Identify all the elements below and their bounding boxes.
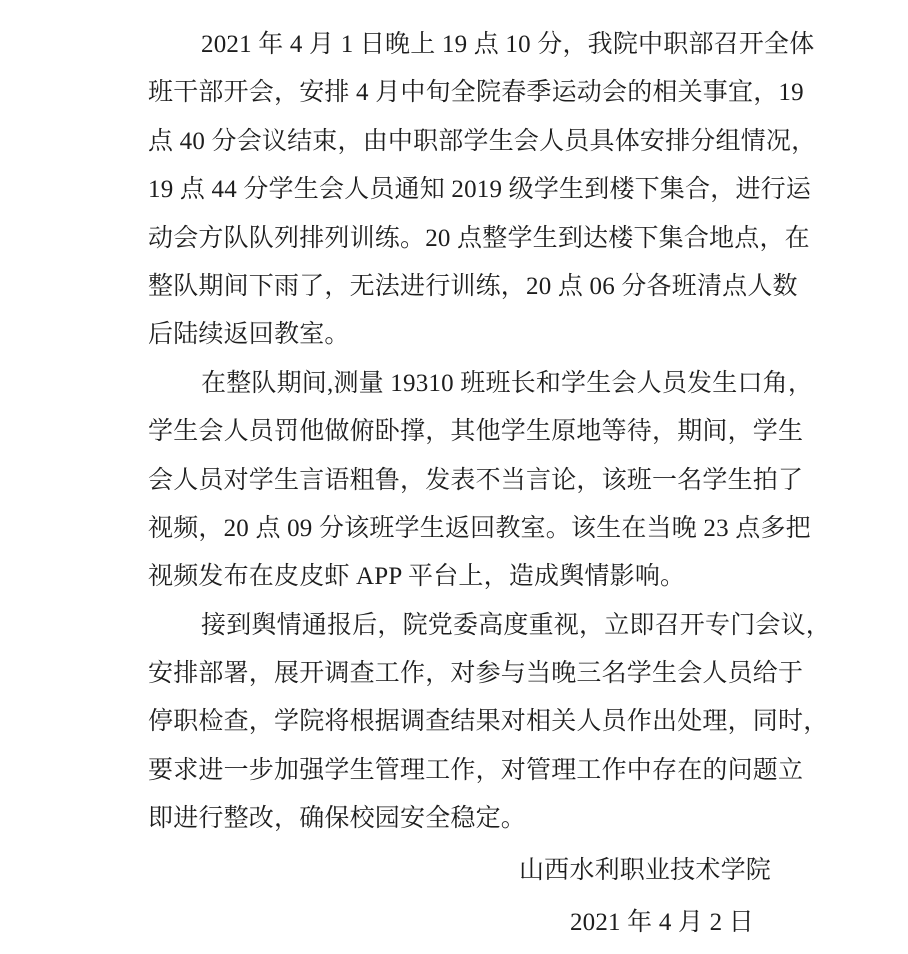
text-line: 安排部署，展开调查工作，对参与当晚三名学生会人员给于 bbox=[148, 650, 808, 698]
text-line: 会人员对学生言语粗鲁，发表不当言论，该班一名学生拍了 bbox=[148, 457, 808, 505]
paragraph-2: 在整队期间,测量 19310 班班长和学生会人员发生口角， 学生会人员罚他做俯卧… bbox=[148, 360, 808, 602]
text-line: 要求进一步加强学生管理工作，对管理工作中存在的问题立 bbox=[148, 747, 808, 795]
signature-organization: 山西水利职业技术学院 bbox=[148, 847, 808, 895]
text-line: 视频发布在皮皮虾 APP 平台上，造成舆情影响。 bbox=[148, 553, 808, 601]
signature-block: 山西水利职业技术学院 2021 年 4 月 2 日 bbox=[148, 847, 808, 948]
text-line: 视频，20 点 09 分该班学生返回教室。该生在当晚 23 点多把 bbox=[148, 505, 808, 553]
text-line: 即进行整改，确保校园安全稳定。 bbox=[148, 795, 808, 843]
text-line: 动会方队队列排列训练。20 点整学生到达楼下集合地点，在 bbox=[148, 215, 808, 263]
text-line: 点 40 分会议结束，由中职部学生会人员具体安排分组情况， bbox=[148, 118, 808, 166]
text-line: 在整队期间,测量 19310 班班长和学生会人员发生口角， bbox=[148, 360, 808, 408]
text-line: 接到舆情通报后，院党委高度重视，立即召开专门会议， bbox=[148, 602, 808, 650]
text-line: 学生会人员罚他做俯卧撑，其他学生原地等待，期间，学生 bbox=[148, 408, 808, 456]
text-line: 2021 年 4 月 1 日晚上 19 点 10 分，我院中职部召开全体 bbox=[148, 21, 808, 69]
text-line: 19 点 44 分学生会人员通知 2019 级学生到楼下集合，进行运 bbox=[148, 166, 808, 214]
text-line: 整队期间下雨了，无法进行训练，20 点 06 分各班清点人数 bbox=[148, 263, 808, 311]
document-page: 2021 年 4 月 1 日晚上 19 点 10 分，我院中职部召开全体 班干部… bbox=[0, 0, 908, 954]
text-line: 班干部开会，安排 4 月中旬全院春季运动会的相关事宜，19 bbox=[148, 69, 808, 117]
document-body: 2021 年 4 月 1 日晚上 19 点 10 分，我院中职部召开全体 班干部… bbox=[148, 21, 808, 947]
signature-date: 2021 年 4 月 2 日 bbox=[148, 899, 808, 947]
text-line: 停职检查，学院将根据调查结果对相关人员作出处理，同时， bbox=[148, 698, 808, 746]
paragraph-3: 接到舆情通报后，院党委高度重视，立即召开专门会议， 安排部署，展开调查工作，对参… bbox=[148, 602, 808, 844]
text-line: 后陆续返回教室。 bbox=[148, 311, 808, 359]
paragraph-1: 2021 年 4 月 1 日晚上 19 点 10 分，我院中职部召开全体 班干部… bbox=[148, 21, 808, 360]
